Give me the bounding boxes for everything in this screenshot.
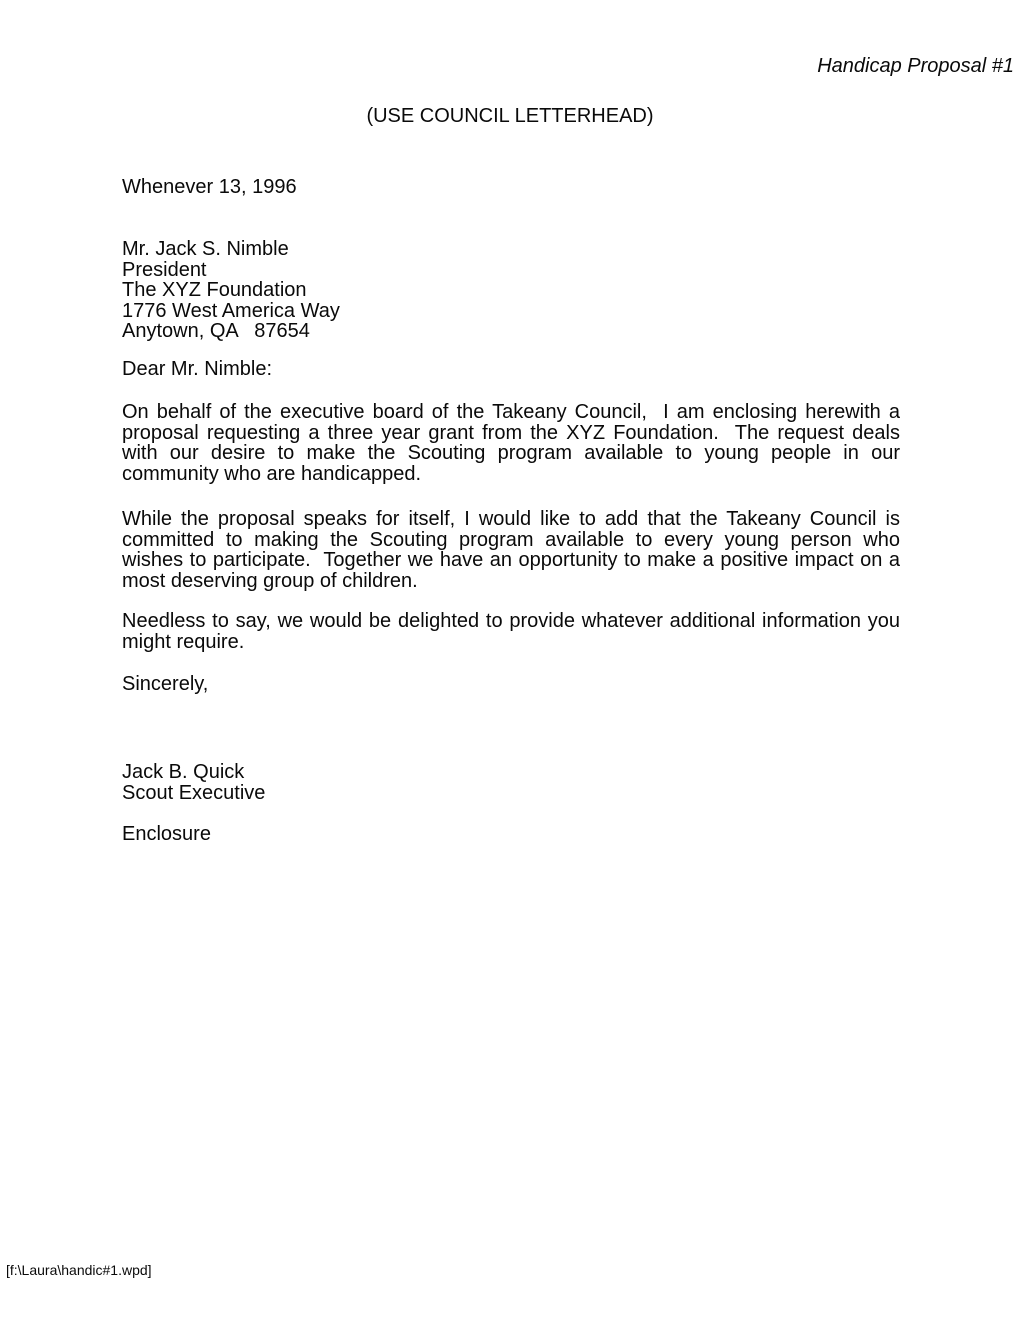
signature-name: Jack B. Quick [122, 762, 900, 783]
letter-page: Handicap Proposal #1 (USE COUNCIL LETTER… [0, 0, 1020, 1320]
recipient-city-state-zip: Anytown, QA 87654 [122, 321, 900, 342]
date-line: Whenever 13, 1996 [122, 177, 900, 198]
recipient-street: 1776 West America Way [122, 301, 900, 322]
closing: Sincerely, [122, 674, 900, 695]
recipient-title: President [122, 260, 900, 281]
body-paragraph: Needless to say, we would be delighted t… [122, 611, 900, 652]
body-paragraph: While the proposal speaks for itself, I … [122, 509, 900, 591]
signature-title: Scout Executive [122, 783, 900, 804]
recipient-address-block: Mr. Jack S. Nimble President The XYZ Fou… [122, 239, 900, 342]
file-path-footer: [f:\Laura\handic#1.wpd] [6, 1262, 152, 1278]
recipient-name: Mr. Jack S. Nimble [122, 239, 900, 260]
letterhead-note: (USE COUNCIL LETTERHEAD) [0, 106, 1020, 127]
body-paragraph: On behalf of the executive board of the … [122, 402, 900, 484]
enclosure-note: Enclosure [122, 824, 900, 845]
recipient-organization: The XYZ Foundation [122, 280, 900, 301]
signature-block: Jack B. Quick Scout Executive [122, 762, 900, 803]
document-header-label: Handicap Proposal #1 [122, 56, 1014, 77]
salutation: Dear Mr. Nimble: [122, 359, 900, 380]
